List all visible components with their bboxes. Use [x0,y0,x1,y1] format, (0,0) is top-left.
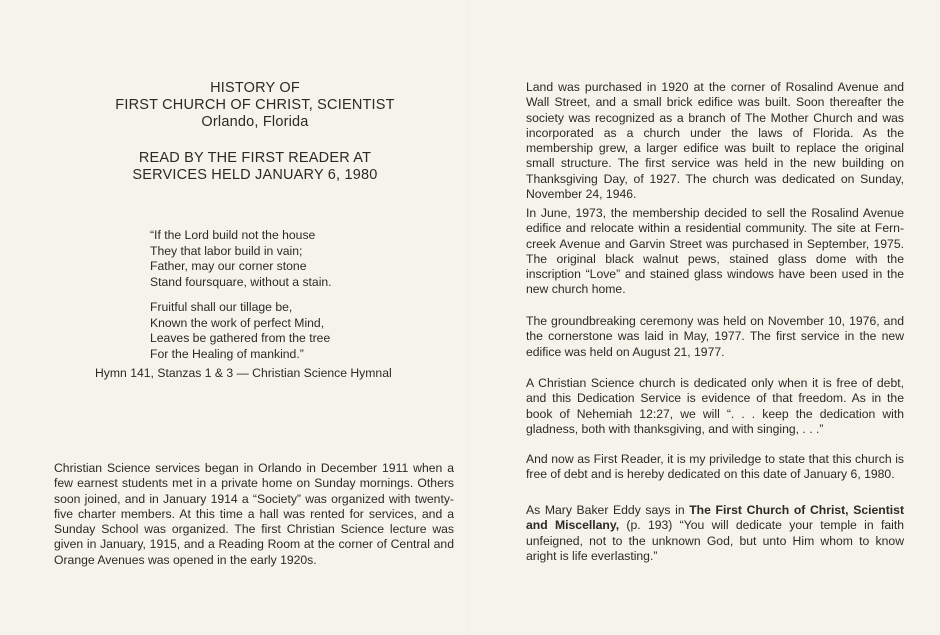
left-page: HISTORY OF FIRST CHURCH OF CHRIST, SCIEN… [0,0,468,635]
title-line-2: FIRST CHURCH OF CHRIST, SCIENTIST [80,97,430,114]
paragraph-dedication-meaning: A Christian Science church is dedicated … [526,376,904,437]
hymn-attribution: Hymn 141, Stanzas 1 & 3 — Christian Scie… [95,366,392,380]
paragraph-groundbreaking: The groundbreaking ceremony was held on … [526,314,904,360]
poem-stanza-1: “If the Lord build not the house They th… [150,228,332,290]
history-paragraph: Christian Science services began in Orla… [54,461,454,568]
closing-intro: As Mary Baker Eddy says in [526,503,689,517]
title-line-1: HISTORY OF [80,80,430,97]
poem-line: Known the work of perfect Mind, [150,316,332,332]
document-title: HISTORY OF FIRST CHURCH OF CHRIST, SCIEN… [80,80,430,131]
poem-line: Leaves be gathered from the tree [150,331,332,347]
title-line-3: Orlando, Florida [80,114,430,131]
paragraph-relocation: In June, 1973, the membership decided to… [526,206,904,298]
poem-line: “If the Lord build not the house [150,228,332,244]
poem-line: Father, may our corner stone [150,259,332,275]
poem-line: They that labor build in vain; [150,244,332,260]
poem-stanza-2: Fruitful shall our tillage be, Known the… [150,300,332,362]
paragraph-dedication-statement: And now as First Reader, it is my privil… [526,452,904,483]
poem-line: Fruitful shall our tillage be, [150,300,332,316]
paragraph-land-purchase: Land was purchased in 1920 at the corner… [526,80,904,202]
paragraph-closing-quote: As Mary Baker Eddy says in The First Chu… [526,503,904,564]
subtitle-line-1: READ BY THE FIRST READER AT [80,150,430,167]
hymn-poem: “If the Lord build not the house They th… [150,228,332,372]
document-subtitle: READ BY THE FIRST READER AT SERVICES HEL… [80,150,430,184]
poem-line: For the Healing of mankind.” [150,347,332,363]
subtitle-line-2: SERVICES HELD JANUARY 6, 1980 [80,167,430,184]
poem-line: Stand foursquare, without a stain. [150,275,332,291]
